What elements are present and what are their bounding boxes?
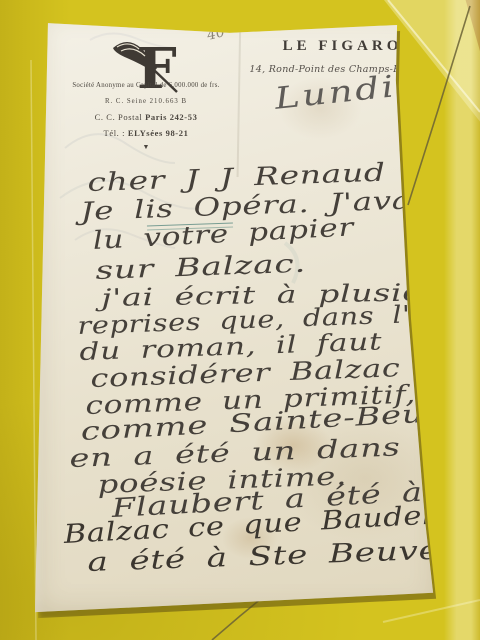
company-ccp-label: C. C. Postal — [95, 112, 146, 122]
company-capital-line: Société Anonyme au Capital de 6.000.000 … — [46, 82, 246, 89]
company-rc-line: R. C. Seine 210.663 B — [46, 98, 246, 105]
company-ccp-line: C. C. Postal Paris 242-53 — [46, 112, 246, 122]
company-phone-number: ELYsées 98-21 — [128, 128, 189, 138]
company-ccp-number: Paris 242-53 — [145, 112, 197, 122]
company-capital-text: Société Anonyme au Capital de 6.000.000 … — [72, 82, 219, 89]
bottom-crease-line — [383, 600, 480, 622]
arrow-glyph: ▼ — [46, 143, 246, 151]
company-rc-text: R. C. Seine 210.663 B — [105, 98, 187, 105]
left-crease-line — [31, 60, 36, 640]
photo-of-letter: F LE FIGARO 14, Rond-Point des Champs-Él… — [0, 0, 480, 640]
letter-paper: F LE FIGARO 14, Rond-Point des Champs-Él… — [35, 8, 440, 614]
company-phone-line: Tél. : ELYsées 98-21 — [46, 128, 246, 138]
company-phone-label: Tél. : — [104, 128, 128, 138]
figaro-f-quill-logo: F — [107, 34, 191, 104]
